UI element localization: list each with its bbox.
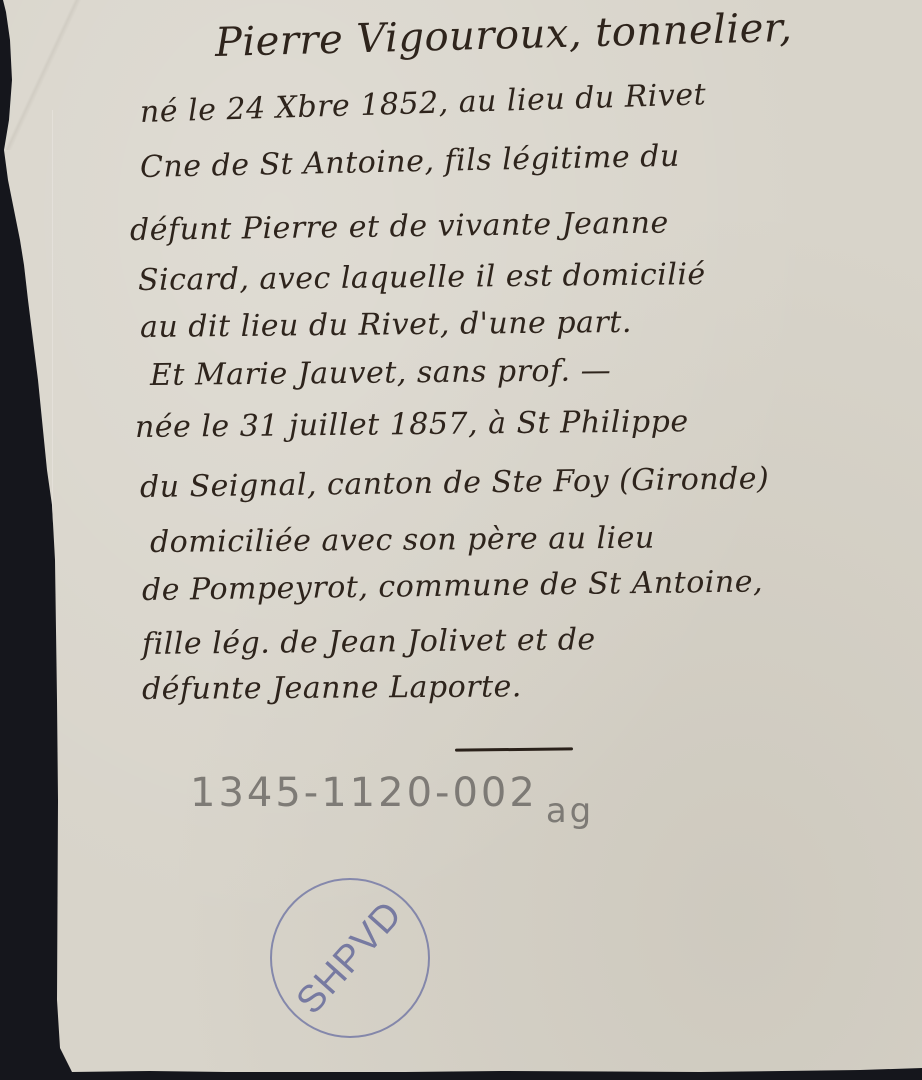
scan-background-bottom (0, 1072, 922, 1080)
archive-reference-suffix: ag (546, 791, 594, 831)
handwritten-line-13: défunte Jeanne Laporte. (142, 669, 522, 707)
handwritten-line-9: du Seignal, canton de Ste Foy (Gironde) (140, 461, 770, 505)
separator-rule (455, 747, 573, 751)
handwritten-line-7: Et Marie Jauvet, sans prof. — (150, 353, 611, 393)
handwritten-line-2: né le 24 Xbre 1852, au lieu du Rivet (139, 77, 706, 130)
archive-reference: 1345-1120-002ag (190, 770, 594, 816)
handwritten-line-4: défunt Pierre et de vivante Jeanne (130, 205, 669, 248)
handwritten-line-5: Sicard, avec laquelle il est domicilié (138, 257, 706, 298)
handwritten-line-3: Cne de St Antoine, fils légitime du (140, 139, 680, 185)
shpvd-stamp: SHPVD (270, 878, 430, 1038)
handwritten-line-11: de Pompeyrot, commune de St Antoine, (142, 564, 763, 608)
handwritten-line-1: Pierre Vigouroux, tonnelier, (214, 5, 792, 66)
archive-reference-code: 1345-1120-002 (190, 770, 538, 816)
handwritten-line-12: fille lég. de Jean Jolivet et de (142, 622, 596, 662)
paper-sheet: Pierre Vigouroux, tonnelier, né le 24 Xb… (0, 0, 922, 1080)
paper-fold (2, 0, 82, 150)
handwritten-line-6: au dit lieu du Rivet, d'une part. (140, 305, 632, 345)
stamp-text: SHPVD (289, 893, 412, 1023)
handwritten-line-10: domiciliée avec son père au lieu (150, 521, 655, 560)
scanned-document: Pierre Vigouroux, tonnelier, né le 24 Xb… (0, 0, 922, 1080)
handwritten-line-8: née le 31 juillet 1857, à St Philippe (135, 404, 689, 445)
paper-crease (52, 110, 53, 1060)
